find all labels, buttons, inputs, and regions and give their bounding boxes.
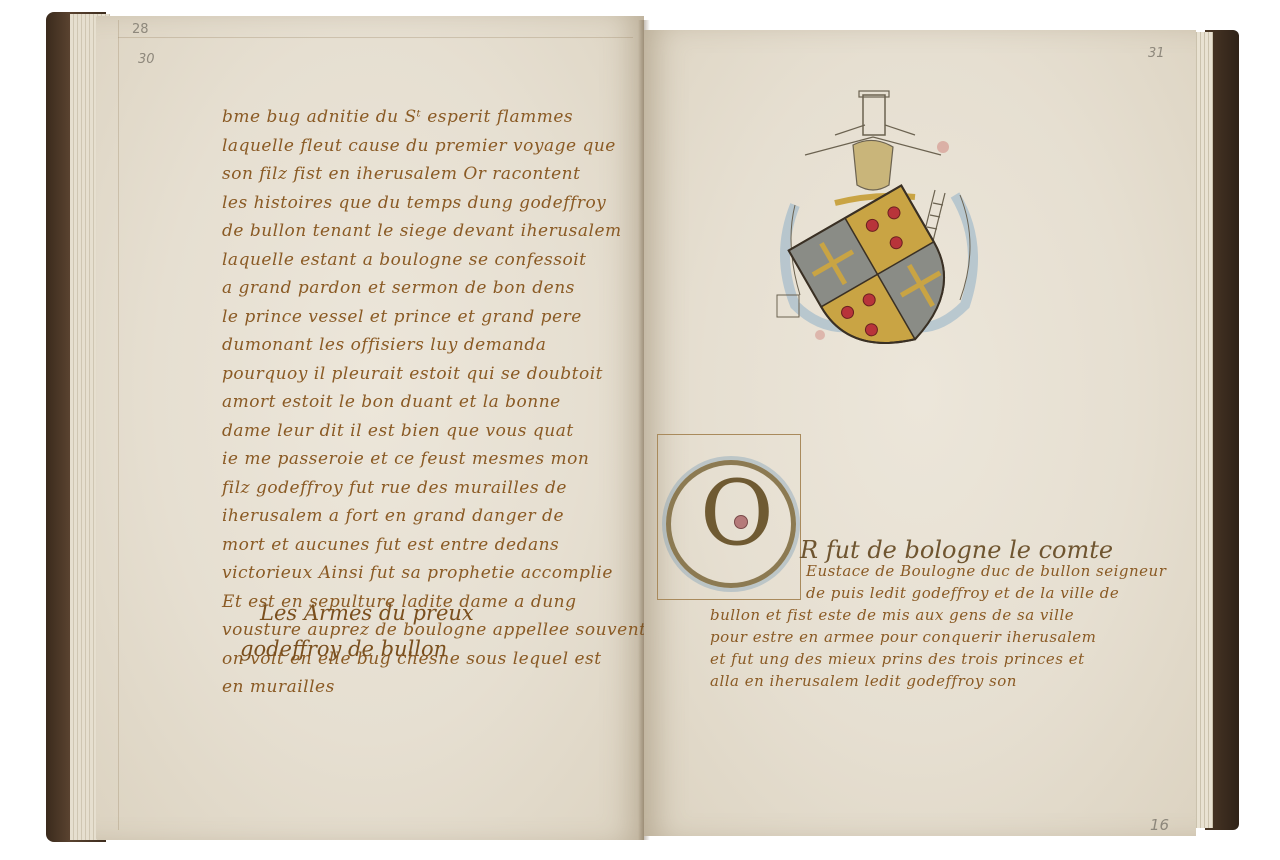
- text-line: laquelle fleut cause du premier voyage q…: [222, 132, 647, 161]
- arms-title-line: godeffroy de bullon: [240, 631, 474, 667]
- text-line: dumonant les offisiers luy demanda: [222, 331, 647, 360]
- arms-title-line: Les Armes du preux: [240, 595, 474, 631]
- initial-letter: O: [700, 464, 774, 564]
- text-line: les histoires que du temps dung godeffro…: [222, 189, 647, 218]
- text-line: victorieux Ainsi fut sa prophetie accomp…: [222, 559, 647, 588]
- text-line: alla en iherusalem ledit godeffroy son: [710, 670, 1166, 692]
- text-line: pour estre en armee pour conquerir iheru…: [710, 626, 1166, 648]
- right-text-block: Eustace de Boulogne duc de bullon seigne…: [710, 560, 1166, 692]
- text-line: ie me passeroie et ce feust mesmes mon: [222, 445, 647, 474]
- text-line: mort et aucunes fut est entre dedans: [222, 531, 647, 560]
- coat-of-arms-icon: [765, 85, 990, 365]
- text-line: a grand pardon et sermon de bon dens: [222, 274, 647, 303]
- text-line: en murailles: [222, 673, 647, 702]
- text-line: filz godeffroy fut rue des murailles de: [222, 474, 647, 503]
- folio-number-bottom: 16: [1150, 816, 1169, 834]
- arms-title: Les Armes du preux godeffroy de bullon: [240, 595, 474, 667]
- folio-number-left-secondary: 30: [138, 52, 155, 67]
- left-ruling-line: [118, 20, 119, 830]
- text-line: et fut ung des mieux prins des trois pri…: [710, 648, 1166, 670]
- rose-icon: [734, 515, 748, 529]
- text-line: bme bug adnitie du Sᵗ esperit flammes: [222, 103, 647, 132]
- manuscript-spread: 28 30 bme bug adnitie du Sᵗ esperit flam…: [0, 0, 1280, 860]
- text-line: dame leur dit il est bien que vous quat: [222, 417, 647, 446]
- top-ruling-line: [118, 37, 633, 38]
- text-line: de bullon tenant le siege devant iherusa…: [222, 217, 647, 246]
- text-line: laquelle estant a boulogne se confessoit: [222, 246, 647, 275]
- text-line: de puis ledit godeffroy et de la ville d…: [710, 582, 1166, 604]
- text-line: amort estoit le bon duant et la bonne: [222, 388, 647, 417]
- text-line: le prince vessel et prince et grand pere: [222, 303, 647, 332]
- text-line: bullon et fist este de mis aux gens de s…: [710, 604, 1166, 626]
- folio-number-left: 28: [132, 22, 149, 37]
- text-line: Eustace de Boulogne duc de bullon seigne…: [710, 560, 1166, 582]
- text-line: iherusalem a fort en grand danger de: [222, 502, 647, 531]
- text-line: pourquoy il pleurait estoit qui se doubt…: [222, 360, 647, 389]
- text-line: son filz fist en iherusalem Or racontent: [222, 160, 647, 189]
- folio-number-right: 31: [1148, 46, 1165, 61]
